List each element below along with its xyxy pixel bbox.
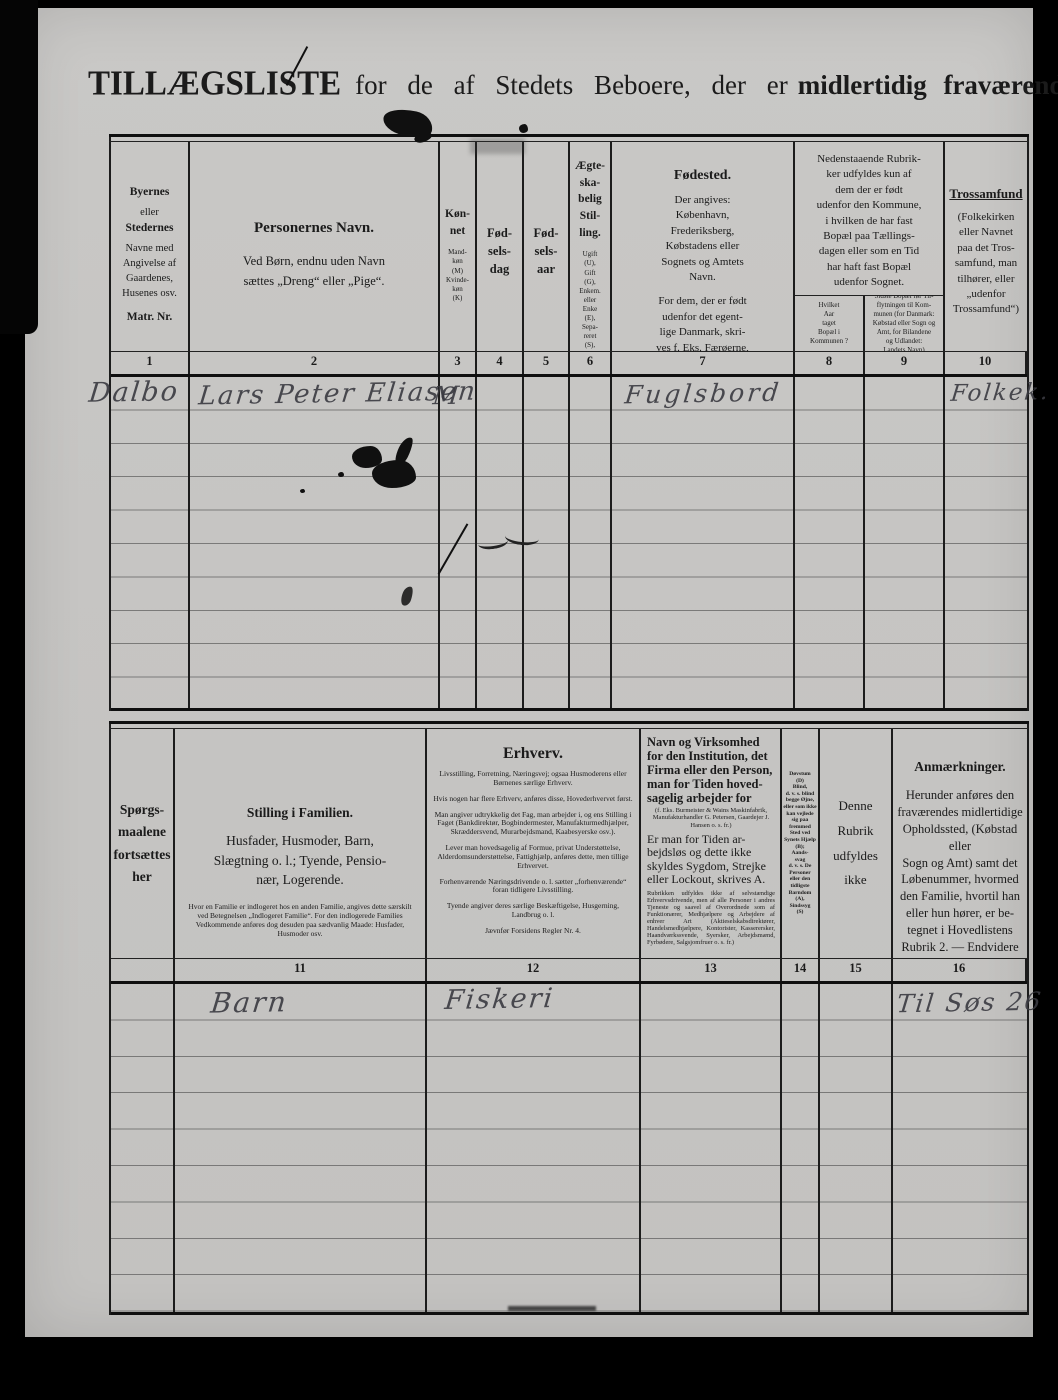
lower-table: Spørgs- maalene fortsættes her Stilling … — [109, 721, 1029, 1315]
header-text: For dem, der er født udenfor det egent- … — [656, 294, 749, 351]
header-text: Stedernes — [126, 220, 174, 237]
col-number-blank — [111, 959, 175, 981]
col-number: 7 — [612, 352, 795, 374]
column-divider — [818, 984, 820, 1312]
header-text: Ved Børn, endnu uden Navn sættes „Dreng“… — [243, 251, 385, 291]
entry-family-position: Barn — [209, 985, 289, 1019]
column-divider — [438, 377, 440, 708]
header-fine-print: Hvor en Familie er indlogeret hos en and… — [185, 902, 415, 938]
upper-table-header: Byernes eller Stedernes Navne med Angive… — [111, 142, 1027, 351]
ink-dot — [519, 124, 528, 133]
header-text: Er man for Tiden ar- bejdsløs og dette i… — [647, 833, 775, 887]
header-text: Erhverv. — [503, 745, 563, 763]
col-number: 4 — [477, 352, 524, 374]
upper-table-rows: Dalbo Lars Peter Eliasen M Fuglsbord Fol… — [111, 377, 1027, 711]
header-text: (Folkekirken eller Navnet paa det Tros- … — [953, 210, 1019, 318]
table-top-rule — [109, 134, 1029, 142]
col-number: 13 — [641, 959, 782, 981]
col-header-name: Personernes Navn. Ved Børn, endnu uden N… — [190, 142, 440, 351]
column-divider — [425, 984, 427, 1312]
col-header-birthplace: Fødested. Der angives: København, Freder… — [612, 142, 795, 351]
header-fine-print: Man angiver udtrykkelig det Fag, man arb… — [433, 811, 632, 838]
header-text: Byernes — [130, 184, 170, 201]
column-divider — [610, 377, 612, 708]
header-text: Anmærkninger. — [914, 759, 1005, 775]
entry-birthplace: Fuglsbord — [623, 378, 783, 410]
header-text: Fød- sels- aar — [534, 224, 559, 278]
col-header-sex: Køn- net Mand- køn (M) Kvinde- køn (K) — [440, 142, 477, 351]
upper-table-column-numbers: 1 2 3 4 5 6 7 8 9 10 — [111, 351, 1027, 377]
col-header-place: Byernes eller Stedernes Navne med Angive… — [111, 142, 190, 351]
ink-speck — [300, 489, 305, 493]
column-divider — [943, 377, 945, 708]
column-divider — [793, 377, 795, 708]
header-fine-print: Jævnfør Forsidens Regler Nr. 4. — [433, 927, 632, 936]
ink-smudge — [470, 138, 525, 154]
scan-corner-shadow — [0, 0, 38, 334]
col-header-religion: Trossamfund (Folkekirken eller Navnet pa… — [945, 142, 1027, 351]
header-text: Navne med Angivelse af Gaardenes, Husene… — [122, 241, 177, 302]
header-fine-print: Lever man hovedsagelig af Formue, privat… — [433, 844, 632, 871]
header-fine-print: Tyende angiver deres særlige Beskæftigel… — [433, 902, 632, 920]
entry-remark: Til Søs 26 — [895, 987, 1044, 1019]
col-number: 6 — [570, 352, 612, 374]
page-title: TILLÆGSLISTEfor de af Stedets Beboere, d… — [88, 66, 1008, 103]
header-text: Personernes Navn. — [254, 220, 374, 237]
column-divider — [891, 984, 893, 1312]
col-header-family-position: Stilling i Familien. Husfader, Husmoder,… — [175, 729, 427, 958]
column-divider — [780, 984, 782, 1312]
side-label-questions-continue: Spørgs- maalene fortsættes her — [111, 729, 175, 958]
header-text: Mand- køn (M) Kvinde- køn (K) — [446, 248, 469, 303]
col-number: 2 — [190, 352, 440, 374]
header-fine-print: Hvis nogen har flere Erhverv, anføres di… — [433, 795, 632, 804]
column-divider — [188, 377, 190, 708]
col-number: 14 — [782, 959, 820, 981]
header-text: Nedenstaaende Rubrik- ker udfyldes kun a… — [817, 152, 922, 291]
header-text: Der angives: København, Frederiksberg, K… — [661, 193, 744, 285]
header-text: Fød- sels- dag — [487, 224, 512, 278]
col-header-marital-status: Ægte- ska- belig Stil- ling. Ugift (U), … — [570, 142, 612, 351]
table-top-rule — [109, 721, 1029, 729]
col-number: 16 — [893, 959, 1027, 981]
col-header-last-residence: Sidste Bopæl før Til- flytningen til Kom… — [865, 296, 945, 351]
column-divider — [568, 377, 570, 708]
lower-table-rows: Barn Fiskeri Til Søs 26 — [111, 984, 1027, 1315]
header-text: Herunder anføres den fraværendes midlert… — [893, 787, 1027, 958]
column-divider — [475, 377, 477, 708]
header-text: Ugift (U), Gift (G), Enkem. eller Enke (… — [579, 250, 601, 351]
header-fine-print: Forhenværende Næringsdrivende o. l. sætt… — [433, 878, 632, 896]
header-text: Fødested. — [674, 168, 731, 184]
entry-sex: M — [431, 381, 462, 410]
title-tail: midlertidig fraværende. — [798, 70, 1058, 100]
col-header-leave-blank: Denne Rubrik udfyldes ikke — [820, 729, 893, 958]
header-fine-print: Livsstilling, Forretning, Næringsvej; og… — [433, 770, 632, 788]
col-number: 12 — [427, 959, 641, 981]
col-number: 11 — [175, 959, 427, 981]
ink-blot — [372, 460, 416, 488]
header-text: Sidste Bopæl før Til- flytningen til Kom… — [873, 296, 935, 351]
col-number: 9 — [865, 352, 945, 374]
col-number: 5 — [524, 352, 570, 374]
entry-place: Dalbo — [87, 376, 180, 409]
col-number: 8 — [795, 352, 865, 374]
header-text: Husfader, Husmoder, Barn, Slægtning o. l… — [214, 831, 386, 890]
column-divider — [639, 984, 641, 1312]
title-lead: TILLÆGSLISTE — [88, 65, 341, 104]
entry-religion: Folkek. — [950, 379, 1052, 407]
col-header-year-moved: Hvilket Aar taget Bopæl i Kommunen ? — [795, 296, 865, 351]
title-mid: for de af Stedets Beboere, der er — [355, 70, 788, 100]
header-fine-print: (f. Eks. Burmeister & Wains Maskinfabrik… — [647, 807, 775, 829]
header-text: Køn- net — [445, 206, 470, 239]
col-number: 3 — [440, 352, 477, 374]
col-number: 1 — [111, 352, 190, 374]
upper-table: Byernes eller Stedernes Navne med Angive… — [109, 134, 1029, 711]
printer-mark-smudge — [508, 1306, 596, 1311]
col-number: 10 — [945, 352, 1027, 374]
column-divider — [863, 377, 865, 708]
header-text: Navn og Virksomhed for den Institution, … — [647, 735, 775, 805]
lower-table-header: Spørgs- maalene fortsættes her Stilling … — [111, 729, 1027, 958]
col-number: 15 — [820, 959, 893, 981]
ink-speck — [338, 472, 344, 477]
column-divider — [173, 984, 175, 1312]
col-header-birthyear: Fød- sels- aar — [524, 142, 570, 351]
lower-table-column-numbers: 11 12 13 14 15 16 — [111, 958, 1027, 984]
col-header-occupation: Erhverv. Livsstilling, Forretning, Nærin… — [427, 729, 641, 958]
header-fine-print: Rubrikken udfyldes ikke af selvstændige … — [647, 890, 775, 946]
col-header-birthday: Fød- sels- dag — [477, 142, 524, 351]
header-text: Stilling i Familien. — [247, 805, 353, 821]
col-header-disabilities: Døvstum (D) Blind, d. v. s. blind begge … — [782, 729, 820, 958]
header-text: Trossamfund — [949, 186, 1022, 202]
header-text: Hvilket Aar taget Bopæl i Kommunen ? — [810, 301, 848, 346]
header-text: Matr. Nr. — [127, 309, 172, 326]
paper-sheet: TILLÆGSLISTEfor de af Stedets Beboere, d… — [25, 8, 1033, 1337]
header-text: eller — [140, 205, 159, 220]
col-header-remarks: Anmærkninger. Herunder anføres den fravæ… — [893, 729, 1027, 958]
col-header-employer: Navn og Virksomhed for den Institution, … — [641, 729, 782, 958]
entry-occupation: Fiskeri — [443, 983, 556, 1016]
col-header-group-8-9: Nedenstaaende Rubrik- ker udfyldes kun a… — [795, 142, 945, 296]
header-text: Ægte- ska- belig Stil- ling. — [575, 158, 605, 241]
